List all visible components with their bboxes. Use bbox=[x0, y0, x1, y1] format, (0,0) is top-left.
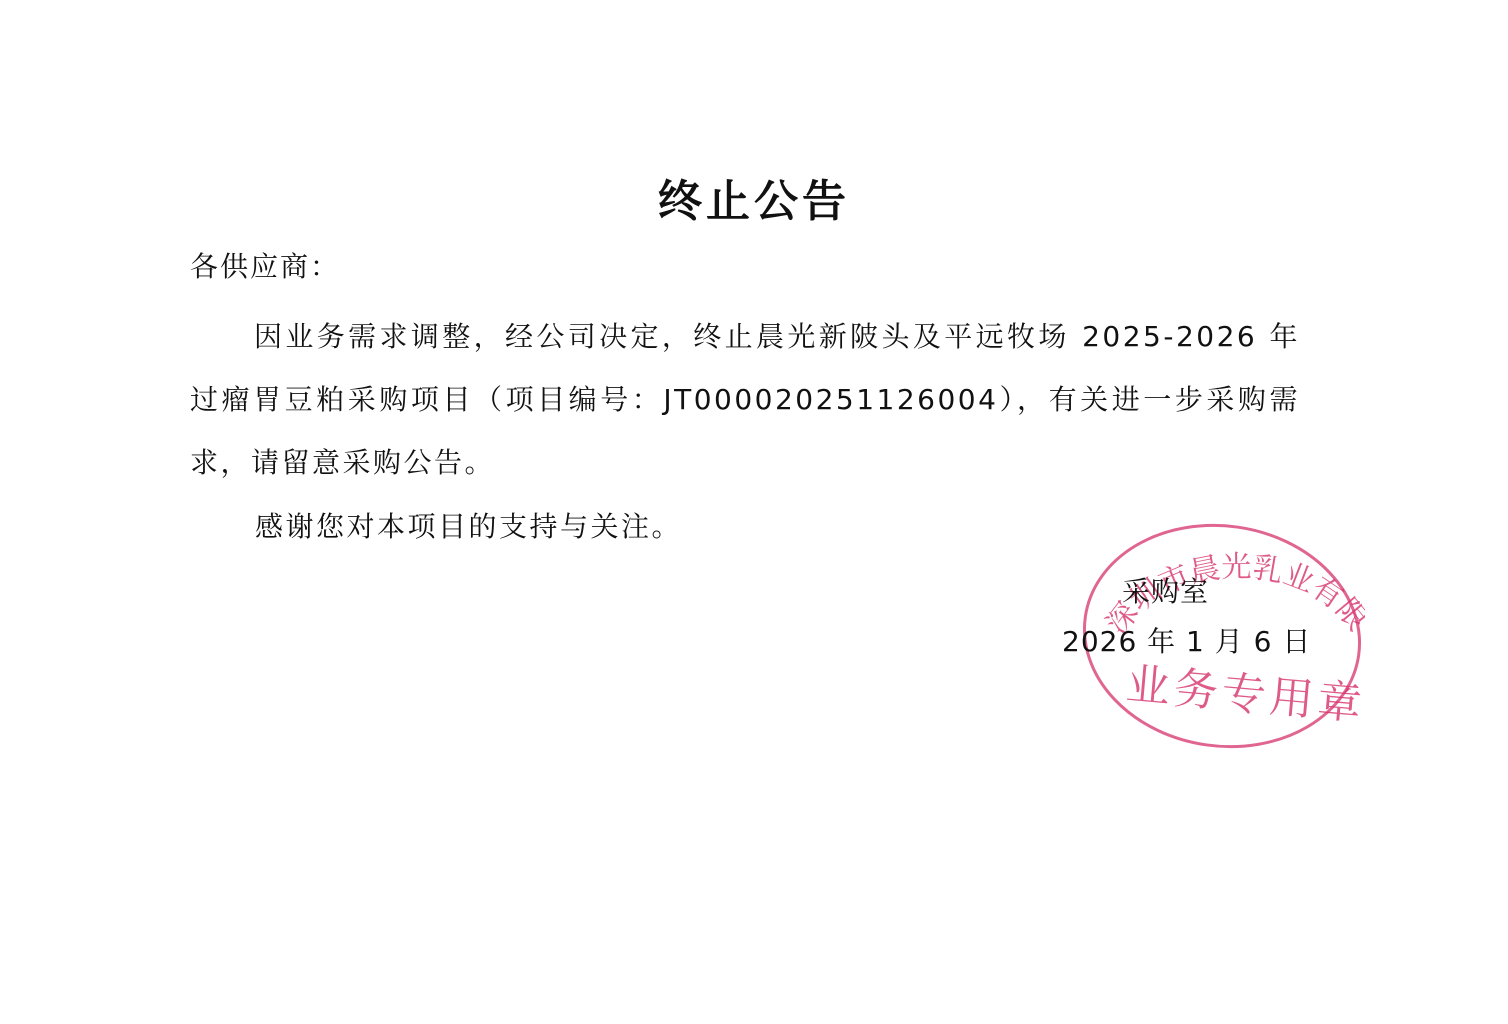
seal-type: 业务专用章 bbox=[1124, 659, 1365, 731]
thanks-paragraph: 感谢您对本项目的支持与关注。 bbox=[255, 505, 682, 545]
body-paragraph: 因业务需求调整，经公司决定，终止晨光新陂头及平远牧场 2025-2026 年过瘤… bbox=[190, 305, 1300, 494]
signature-date: 2026 年 1 月 6 日 bbox=[1062, 620, 1311, 660]
signature-department: 采购室 bbox=[1122, 570, 1209, 610]
document-title: 终止公告 bbox=[0, 165, 1508, 229]
document-page: 终止公告 各供应商： 因业务需求调整，经公司决定，终止晨光新陂头及平远牧场 20… bbox=[0, 0, 1508, 1024]
salutation: 各供应商： bbox=[190, 245, 340, 285]
